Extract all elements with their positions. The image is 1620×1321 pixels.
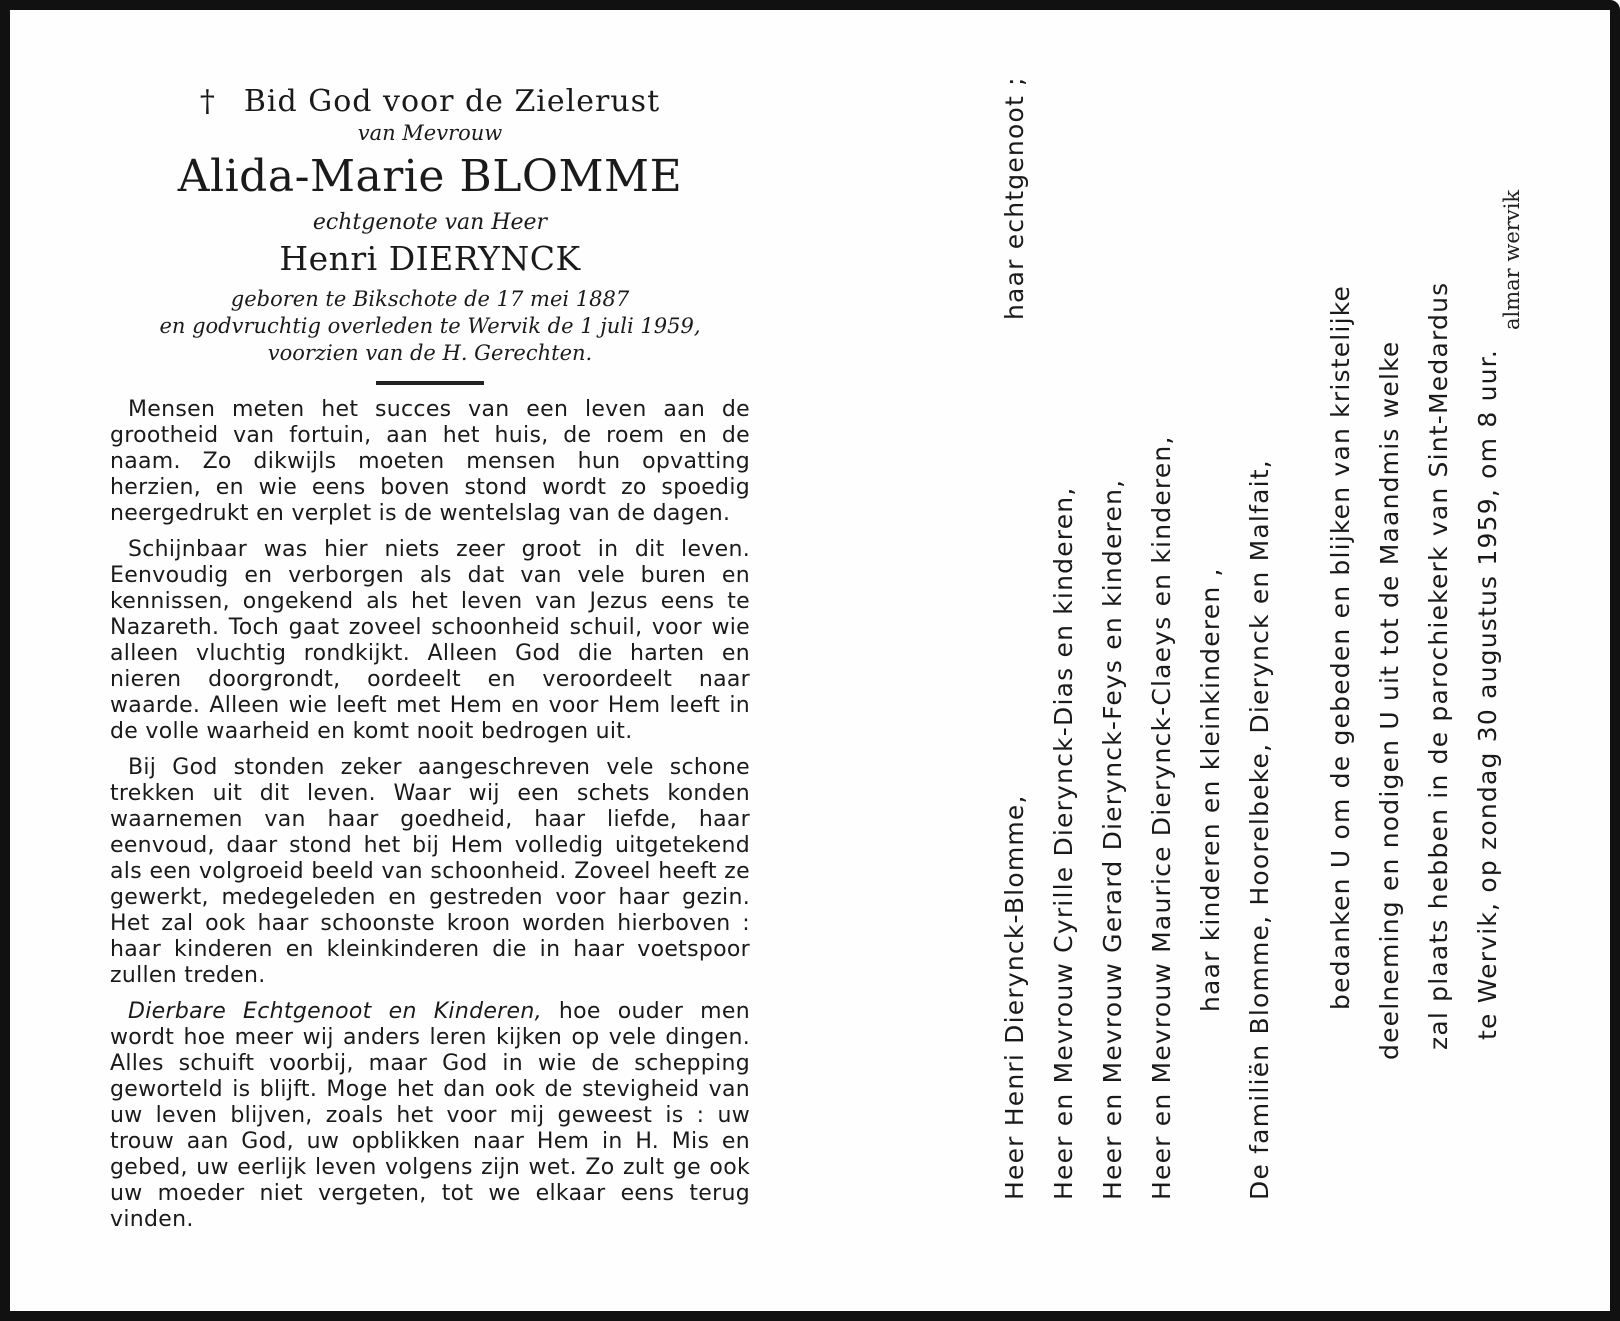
prayer-heading: †Bid God voor de Zielerust (110, 84, 750, 119)
thanks-line: bedanken U om de gebeden en blijken van … (1316, 100, 1365, 1200)
rotated-announcement: Heer Henri Dierynck-Blomme, haar echtgen… (990, 100, 1550, 1200)
left-panel: †Bid God voor de Zielerust van Mevrouw A… (110, 80, 750, 1243)
paragraph: Schijnbaar was hier niets zeer groot in … (110, 537, 750, 745)
italic-address: Dierbare Echtgenoot en Kinderen, (128, 999, 542, 1024)
memorial-card: †Bid God voor de Zielerust van Mevrouw A… (0, 0, 1620, 1321)
eulogy-text: Mensen meten het succes van een leven aa… (110, 397, 750, 1233)
thanks-line: deelneming en nodigen U uit tot de Maand… (1365, 100, 1414, 1200)
van-mevrouw: van Mevrouw (110, 121, 750, 145)
family-line: Heer en Mevrouw Gerard Dierynck-Feys en … (1088, 100, 1137, 1200)
card-header: †Bid God voor de Zielerust van Mevrouw A… (110, 84, 750, 367)
family-line: De familiën Blomme, Hoorelbeke, Dierynck… (1235, 100, 1284, 1200)
family-line: Heer Henri Dierynck-Blomme, haar echtgen… (990, 100, 1039, 1200)
deceased-name: Alida-Marie BLOMME (110, 151, 750, 202)
birth-line: geboren te Bikschote de 17 mei 1887 (110, 286, 750, 313)
paragraph: Mensen meten het succes van een leven aa… (110, 397, 750, 527)
paragraph: Dierbare Echtgenoot en Kinderen, hoe oud… (110, 999, 750, 1233)
death-line: en godvruchtig overleden te Wervik de 1 … (110, 313, 750, 340)
sacraments-line: voorzien van de H. Gerechten. (110, 340, 750, 367)
cross-icon: † (200, 84, 216, 119)
paragraph: Bij God stonden zeker aangeschreven vele… (110, 755, 750, 989)
spouse-name: Henri DIERYNCK (110, 239, 750, 278)
spouse-intro: echtgenote van Heer (110, 210, 750, 235)
printer-mark: almar wervik (1500, 130, 1524, 330)
separator-rule (376, 381, 484, 385)
family-subline: haar kinderen en kleinkinderen , (1186, 100, 1235, 1200)
family-line: Heer en Mevrouw Cyrille Dierynck-Dias en… (1039, 100, 1088, 1200)
family-line: Heer en Mevrouw Maurice Dierynck-Claeys … (1137, 100, 1186, 1200)
thanks-line: zal plaats hebben in de parochiekerk van… (1414, 100, 1463, 1200)
